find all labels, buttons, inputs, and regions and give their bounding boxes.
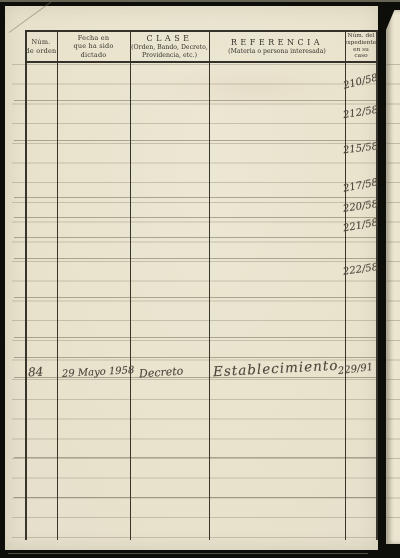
header-text: caso [354,53,367,60]
ledger-line [14,457,376,458]
header-text: (Materia o persona interesada) [228,48,326,56]
scanned-registry-screenshot: Núm. de orden Fecha en que ha sido dicta… [0,0,400,558]
header-text: Núm. [32,38,51,46]
header-fecha: Fecha en que ha sido dictado [57,32,130,61]
header-text: que ha sido [73,42,113,50]
header-text: en su [353,47,369,54]
header-num-orden: Núm. de orden [25,32,57,61]
header-text: Núm. del [348,33,375,40]
table-column-line-4 [345,30,346,540]
scan-bottom-edge-highlight [8,553,368,554]
ledger-line [14,497,376,498]
entry-num-orden: 84 [28,365,44,380]
header-text: Providencia, etc.) [142,52,197,60]
header-text: expediente, [345,40,377,47]
ledger-line [14,337,376,338]
header-text: Fecha en [78,34,109,42]
page-corner-fold-crease [9,2,52,33]
header-text: (Orden, Bando, Decreto, [131,44,208,52]
header-text: REFERENCIA [231,38,323,48]
adjacent-page-ruled-lines [386,64,400,524]
header-referencia: REFERENCIA (Materia o persona interesada… [209,32,345,61]
header-clase: CLASE (Orden, Bando, Decreto, Providenci… [130,32,209,61]
ledger-line [14,197,376,198]
table-header-row: Núm. de orden Fecha en que ha sido dicta… [25,30,377,63]
header-text: de orden [26,47,57,55]
table-border-left [25,30,27,540]
scan-top-edge-highlight [0,0,400,2]
ledger-ruled-lines [12,64,378,538]
ledger-line [14,100,376,101]
adjacent-page-edge [386,10,400,544]
header-text: dictado [81,51,107,59]
ledger-line [14,237,376,238]
header-text: CLASE [146,34,192,44]
table-column-line-3 [209,30,210,540]
ledger-line [14,140,376,141]
table-column-line-2 [130,30,131,540]
header-expediente: Núm. del expediente, en su caso [345,32,377,61]
ledger-line [14,297,376,298]
table-column-line-1 [57,30,58,540]
ledger-line [14,258,376,259]
ledger-line [14,217,376,218]
